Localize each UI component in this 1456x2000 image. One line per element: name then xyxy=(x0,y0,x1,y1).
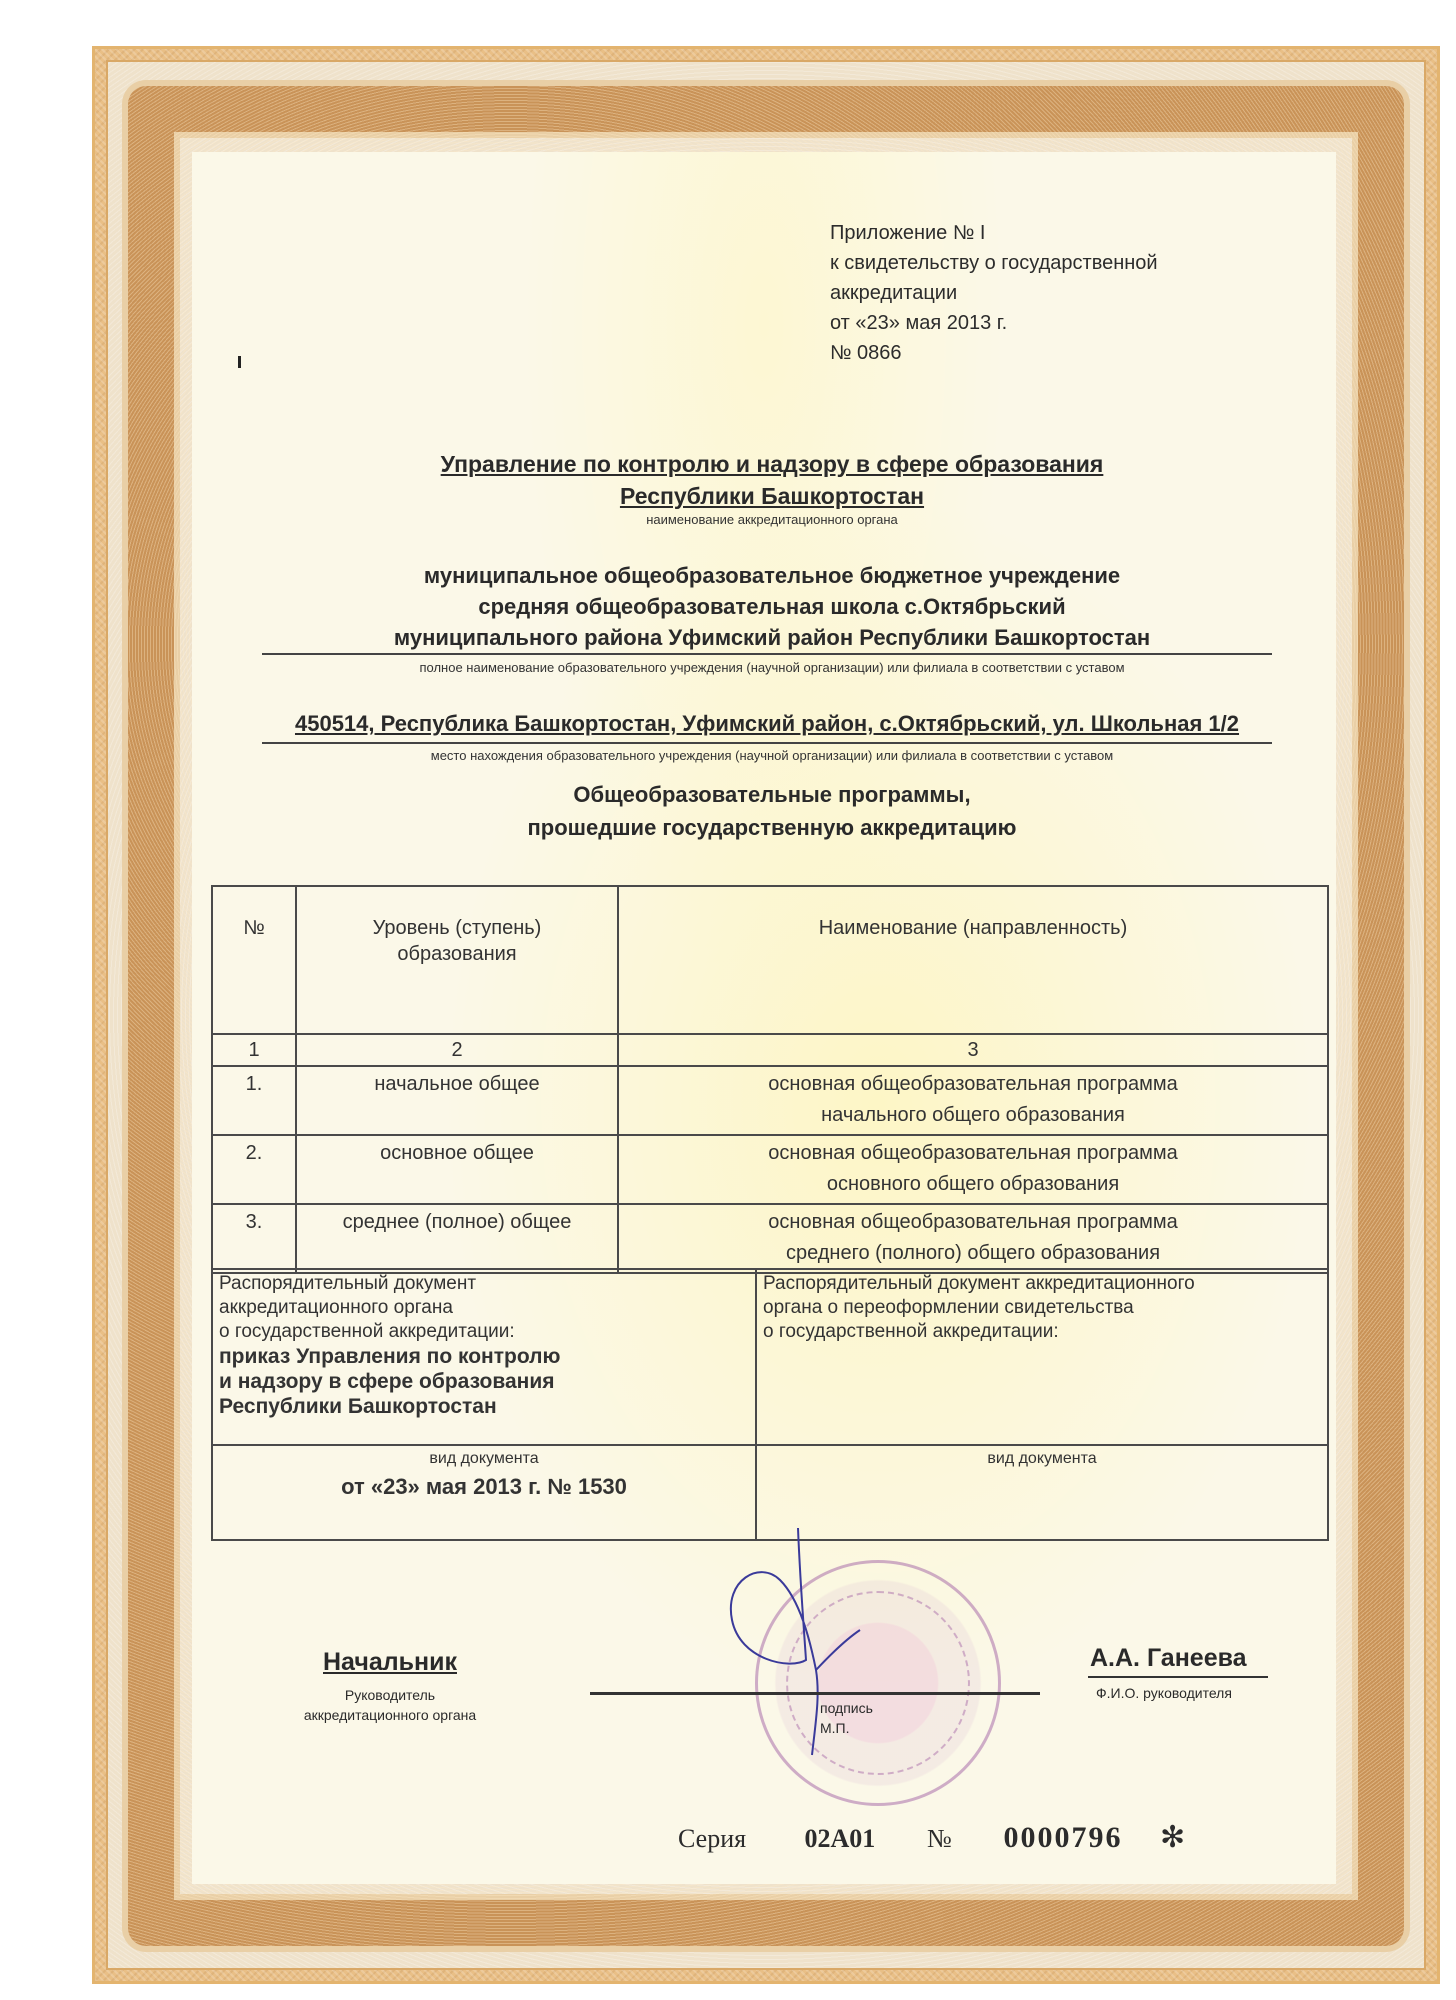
accreditation-order-date-cell: вид документа от «23» мая 2013 г. № 1530 xyxy=(212,1445,756,1540)
table-row: 2. основное общее основная общеобразоват… xyxy=(212,1135,1328,1204)
header-level: Уровень (ступень) образования xyxy=(296,886,618,1034)
accreditation-order-cell: Распорядительный документ аккредитационн… xyxy=(212,1269,756,1445)
signatory-name-underline xyxy=(1088,1676,1268,1678)
scan-mark xyxy=(238,356,241,368)
accreditation-body-caption: наименование аккредитационного органа xyxy=(200,512,1344,527)
annex-line: аккредитации xyxy=(830,278,1158,308)
series-value: 02А01 xyxy=(805,1824,921,1854)
table-header-row: № Уровень (ступень) образования Наименов… xyxy=(212,886,1328,1034)
annex-line: от «23» мая 2013 г. xyxy=(830,308,1158,338)
row-level: среднее (полное) общее xyxy=(296,1204,618,1273)
row-number: 3. xyxy=(212,1204,296,1273)
programs-heading-line1: Общеобразовательные программы, xyxy=(200,778,1344,811)
column-number: 2 xyxy=(296,1034,618,1066)
row-program: основная общеобразовательная программана… xyxy=(618,1066,1328,1135)
programs-table: № Уровень (ступень) образования Наименов… xyxy=(211,885,1329,1274)
signatory-position: Начальник xyxy=(290,1648,490,1677)
column-number: 3 xyxy=(618,1034,1328,1066)
institution-line1: муниципальное общеобразовательное бюджет… xyxy=(200,560,1344,591)
accreditation-body-line2: Республики Башкортостан xyxy=(620,483,924,509)
table-row: 3. среднее (полное) общее основная общео… xyxy=(212,1204,1328,1273)
order-value: и надзору в сфере образования xyxy=(219,1369,749,1394)
signature-caption: подпись М.П. xyxy=(820,1698,873,1738)
signatory-position-caption: Руководитель аккредитационного органа xyxy=(260,1685,520,1725)
institution-underline xyxy=(262,653,1272,655)
annex-block: Приложение № I к свидетельству о государ… xyxy=(830,218,1158,368)
table-column-numbers: 1 2 3 xyxy=(212,1034,1328,1066)
series-label: Серия xyxy=(678,1824,798,1854)
row-program: основная общеобразовательная программаср… xyxy=(618,1204,1328,1273)
asterisk-icon: ✻ xyxy=(1160,1820,1185,1855)
accreditation-body-line1: Управление по контролю и надзору в сфере… xyxy=(441,451,1104,477)
institution-line3: муниципального района Уфимский район Рес… xyxy=(200,622,1344,653)
annex-line: к свидетельству о государственной xyxy=(830,248,1158,278)
row-level: основное общее xyxy=(296,1135,618,1204)
institution-line2: средняя общеобразовательная школа с.Октя… xyxy=(200,591,1344,622)
serial-number-block: Серия 02А01 № 0000796 ✻ xyxy=(678,1820,1185,1855)
signature-scribble xyxy=(720,1520,920,1780)
row-program: основная общеобразовательная программаос… xyxy=(618,1135,1328,1204)
address-caption: место нахождения образовательного учрежд… xyxy=(200,748,1344,763)
header-name: Наименование (направленность) xyxy=(618,886,1328,1034)
signature-line xyxy=(590,1692,1040,1695)
column-number: 1 xyxy=(212,1034,296,1066)
number-label: № xyxy=(927,1824,997,1854)
row-number: 1. xyxy=(212,1066,296,1135)
programs-heading-line2: прошедшие государственную аккредитацию xyxy=(200,811,1344,844)
order-value: Республики Башкортостан xyxy=(219,1394,749,1419)
number-value: 0000796 xyxy=(1004,1821,1154,1855)
institution-address: 450514, Республика Башкортостан, Уфимски… xyxy=(262,711,1272,737)
documents-table: Распорядительный документ аккредитационн… xyxy=(211,1268,1329,1541)
signatory-name: А.А. Ганеева xyxy=(1090,1644,1247,1673)
address-value: 450514, Республика Башкортостан, Уфимски… xyxy=(295,711,1239,736)
address-underline xyxy=(262,742,1272,744)
order-date: от «23» мая 2013 г. № 1530 xyxy=(214,1474,754,1500)
row-level: начальное общее xyxy=(296,1066,618,1135)
programs-heading: Общеобразовательные программы, прошедшие… xyxy=(200,778,1344,844)
signatory-name-caption: Ф.И.О. руководителя xyxy=(1096,1685,1232,1701)
institution-caption: полное наименование образовательного учр… xyxy=(200,660,1344,675)
order-value: приказ Управления по контролю xyxy=(219,1344,749,1369)
table-row: 1. начальное общее основная общеобразова… xyxy=(212,1066,1328,1135)
reissue-order-cell: Распорядительный документ аккредитационн… xyxy=(756,1269,1328,1445)
accreditation-body-name: Управление по контролю и надзору в сфере… xyxy=(200,448,1344,512)
row-number: 2. xyxy=(212,1135,296,1204)
header-number: № xyxy=(212,886,296,1034)
annex-line: Приложение № I xyxy=(830,218,1158,248)
institution-name: муниципальное общеобразовательное бюджет… xyxy=(200,560,1344,653)
annex-line: № 0866 xyxy=(830,338,1158,368)
